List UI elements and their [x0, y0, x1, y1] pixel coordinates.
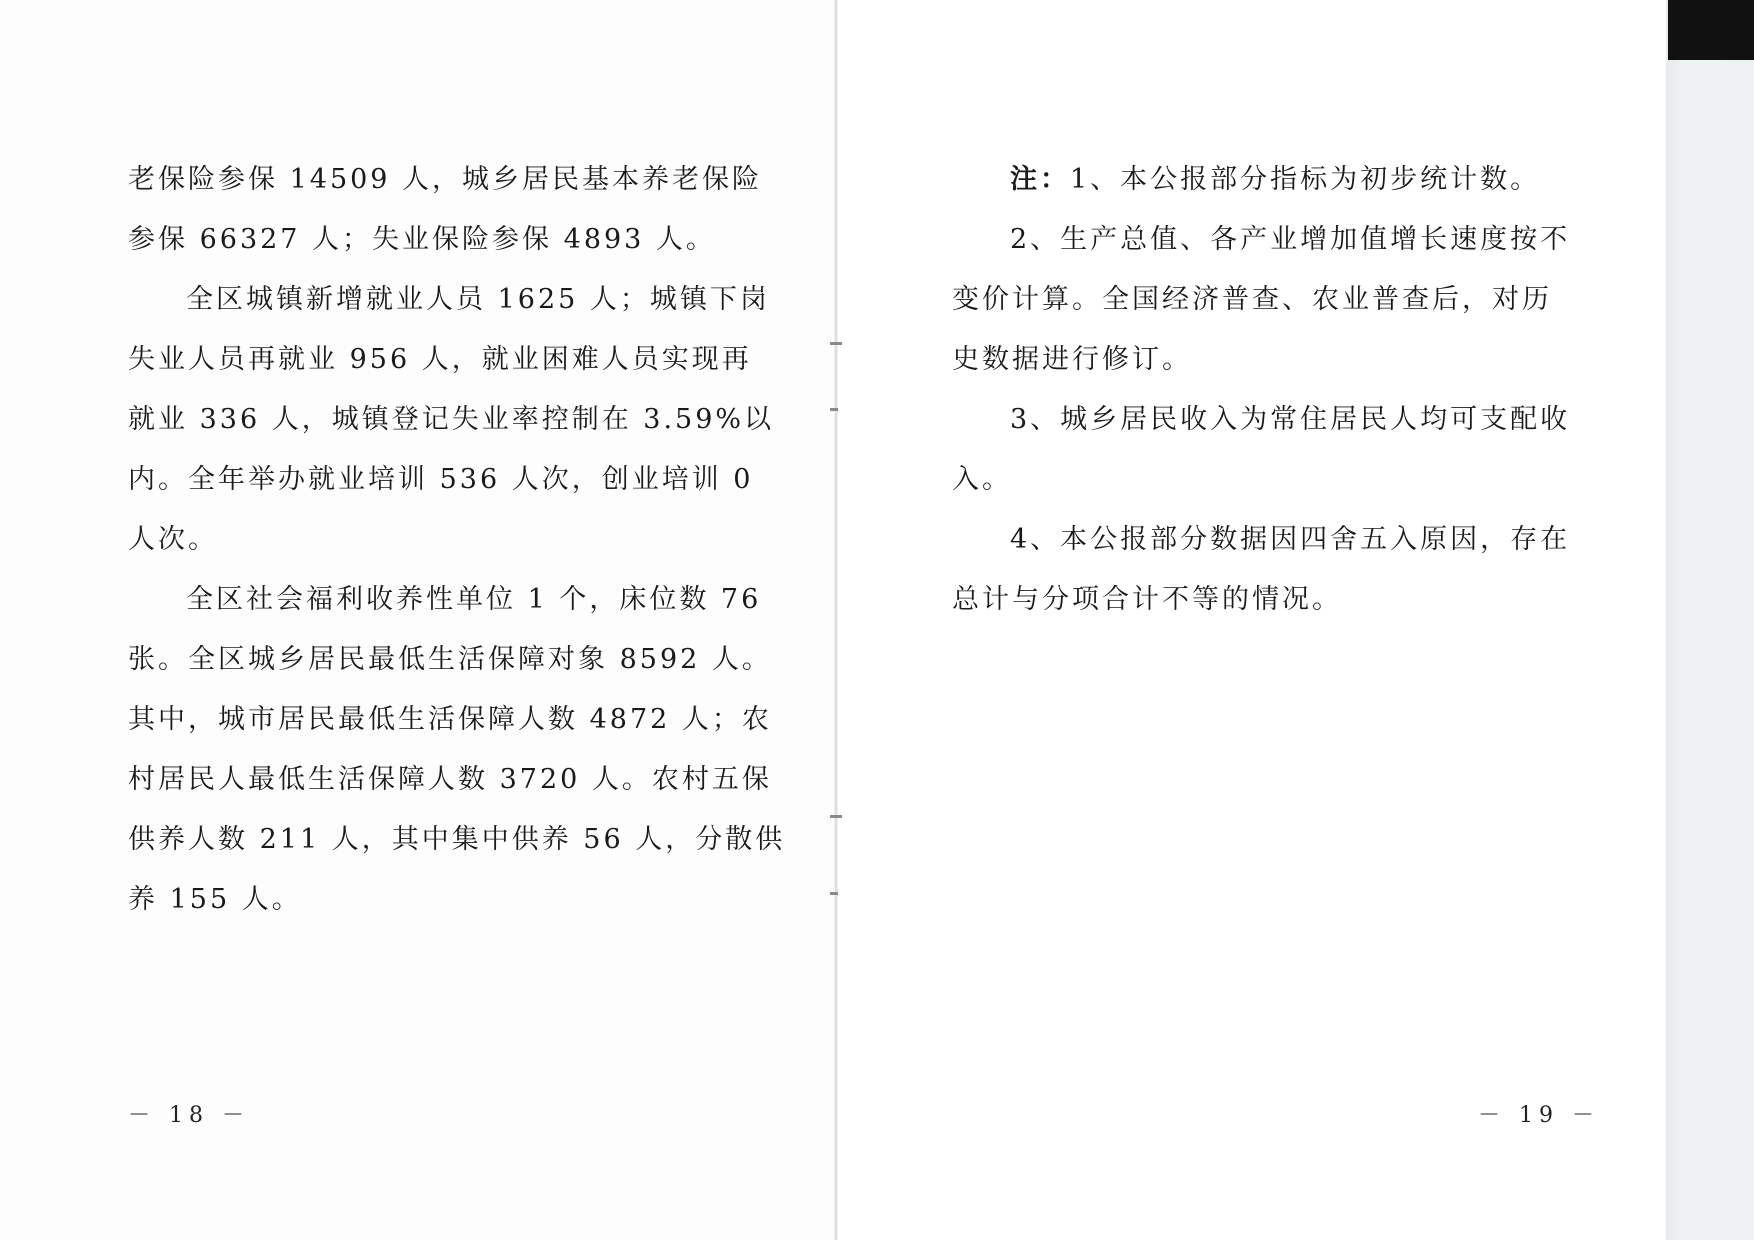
- staple-mark: [830, 342, 842, 345]
- paragraph-line: 其中，城市居民最低生活保障人数 4872 人；农: [128, 690, 728, 750]
- staple-mark: [830, 892, 838, 895]
- paragraph-line: 张。全区城乡居民最低生活保障对象 8592 人。: [128, 630, 728, 690]
- staple-mark: [830, 408, 838, 411]
- paragraph-line: 供养人数 211 人，其中集中供养 56 人，分散供: [128, 810, 728, 870]
- paragraph-line: 全区城镇新增就业人员 1625 人；城镇下岗: [128, 270, 728, 330]
- scan-edge-dark-block: [1668, 0, 1754, 60]
- paragraph-line: 全区社会福利收养性单位 1 个，床位数 76: [128, 570, 728, 630]
- page-number-right: － 19 －: [1478, 1098, 1600, 1129]
- note-label: 注：: [1010, 164, 1070, 195]
- paragraph-line: 养 155 人。: [128, 870, 728, 930]
- paragraph-line: 人次。: [128, 510, 728, 570]
- paragraph-line: 参保 66327 人；失业保险参保 4893 人。: [128, 210, 728, 270]
- page-number-left: － 18 －: [128, 1098, 250, 1129]
- staple-mark: [830, 815, 842, 818]
- note-line: 入。: [952, 450, 1552, 510]
- scan-edge-strip: [1666, 0, 1754, 1240]
- paragraph-line: 就业 336 人，城镇登记失业率控制在 3.59%以: [128, 390, 728, 450]
- note-line: 2、生产总值、各产业增加值增长速度按不: [952, 210, 1552, 270]
- paragraph-line: 内。全年举办就业培训 536 人次，创业培训 0: [128, 450, 728, 510]
- left-page-body: 老保险参保 14509 人，城乡居民基本养老保险 参保 66327 人；失业保险…: [128, 150, 728, 930]
- right-page-notes: 注：1、本公报部分指标为初步统计数。 2、生产总值、各产业增加值增长速度按不 变…: [952, 150, 1552, 630]
- note-line: 3、城乡居民收入为常住居民人均可支配收: [952, 390, 1552, 450]
- paragraph-line: 村居民人最低生活保障人数 3720 人。农村五保: [128, 750, 728, 810]
- paragraph-line: 老保险参保 14509 人，城乡居民基本养老保险: [128, 150, 728, 210]
- note-line: 史数据进行修订。: [952, 330, 1552, 390]
- paragraph-line: 失业人员再就业 956 人，就业困难人员实现再: [128, 330, 728, 390]
- note-text: 1、本公报部分指标为初步统计数。: [1070, 164, 1540, 195]
- note-line: 注：1、本公报部分指标为初步统计数。: [952, 150, 1552, 210]
- note-line: 4、本公报部分数据因四舍五入原因，存在: [952, 510, 1552, 570]
- note-line: 变价计算。全国经济普查、农业普查后，对历: [952, 270, 1552, 330]
- note-line: 总计与分项合计不等的情况。: [952, 570, 1552, 630]
- book-gutter: [834, 0, 838, 1240]
